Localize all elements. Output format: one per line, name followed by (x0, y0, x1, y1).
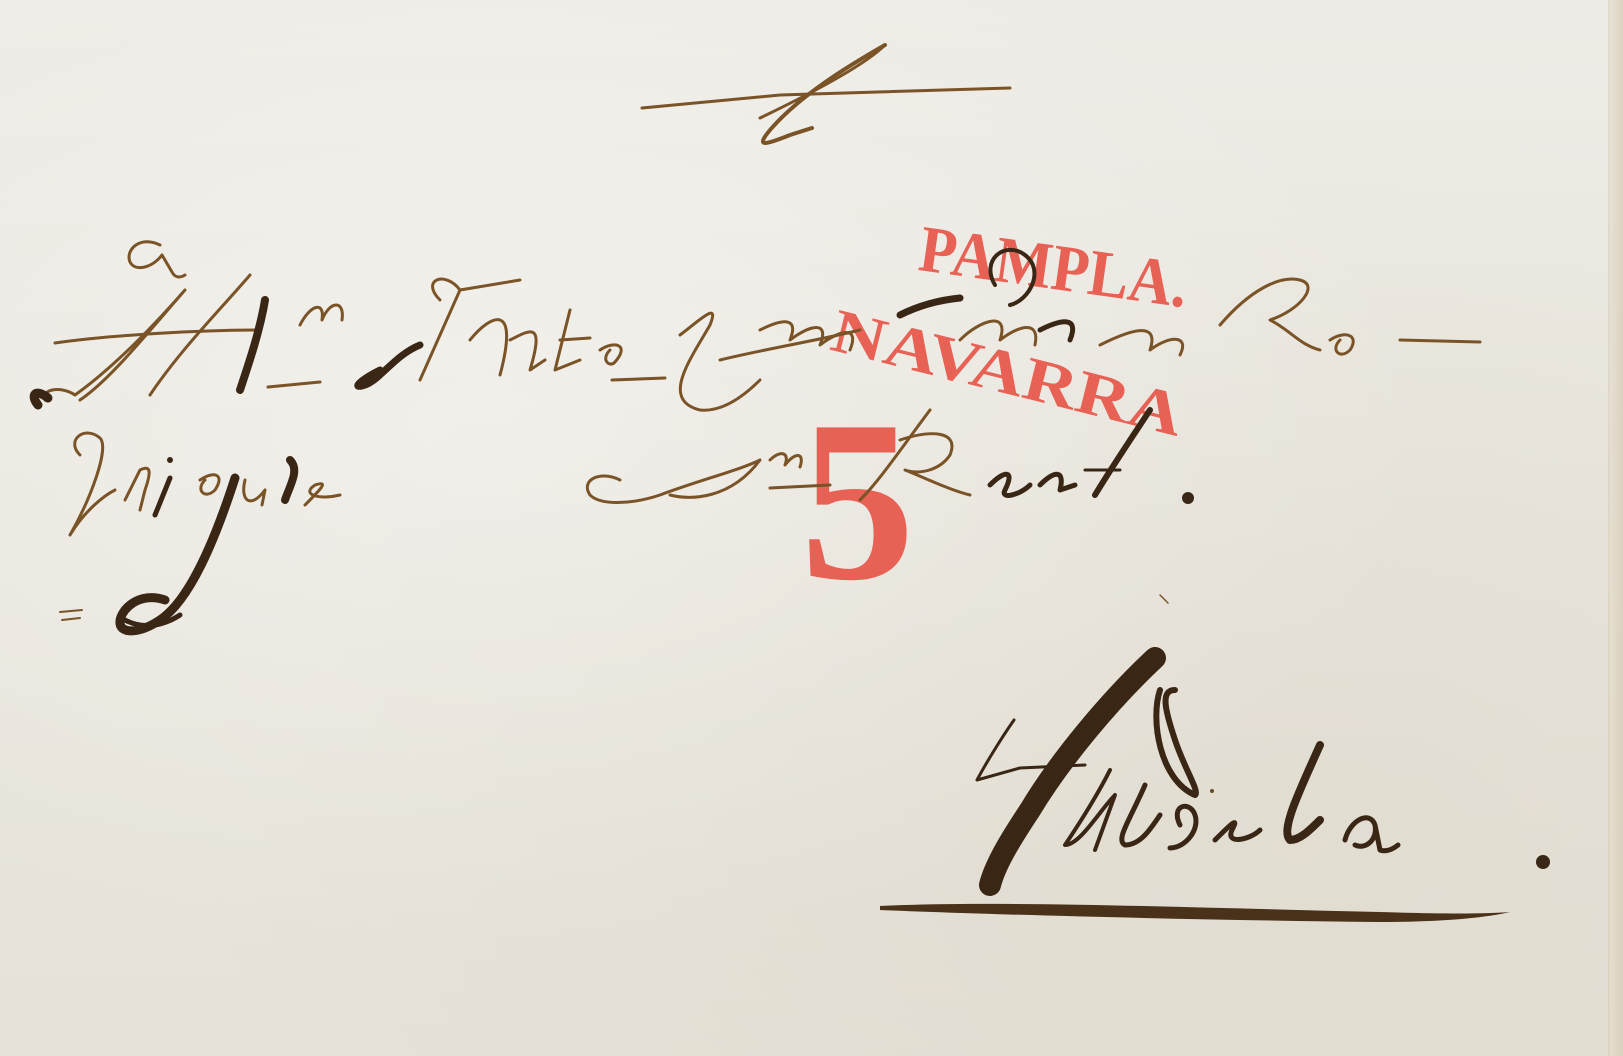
stray-mark (1160, 595, 1168, 603)
ink-dot (1210, 789, 1214, 793)
destination-script (977, 658, 1550, 885)
endorsement-flourish (642, 45, 1010, 143)
address-line-1-script (34, 275, 1480, 410)
rate-mark-glyph: 5 (800, 373, 915, 628)
address-line-2-script (70, 410, 1194, 631)
postmark-stamp: PAMPLA. (915, 212, 1193, 322)
handwriting-layer: PAMPLA. NAVARRA 5 (0, 0, 1623, 1056)
postal-cover: Sr. a Sr. Dn. Antonio Juan de Ro- drigue… (0, 0, 1623, 1056)
postmark-line-1-glyphs: PAMPLA. (915, 212, 1193, 322)
margin-mark (60, 610, 82, 620)
destination-underline (880, 904, 1510, 922)
salutation-glyph (129, 242, 185, 277)
